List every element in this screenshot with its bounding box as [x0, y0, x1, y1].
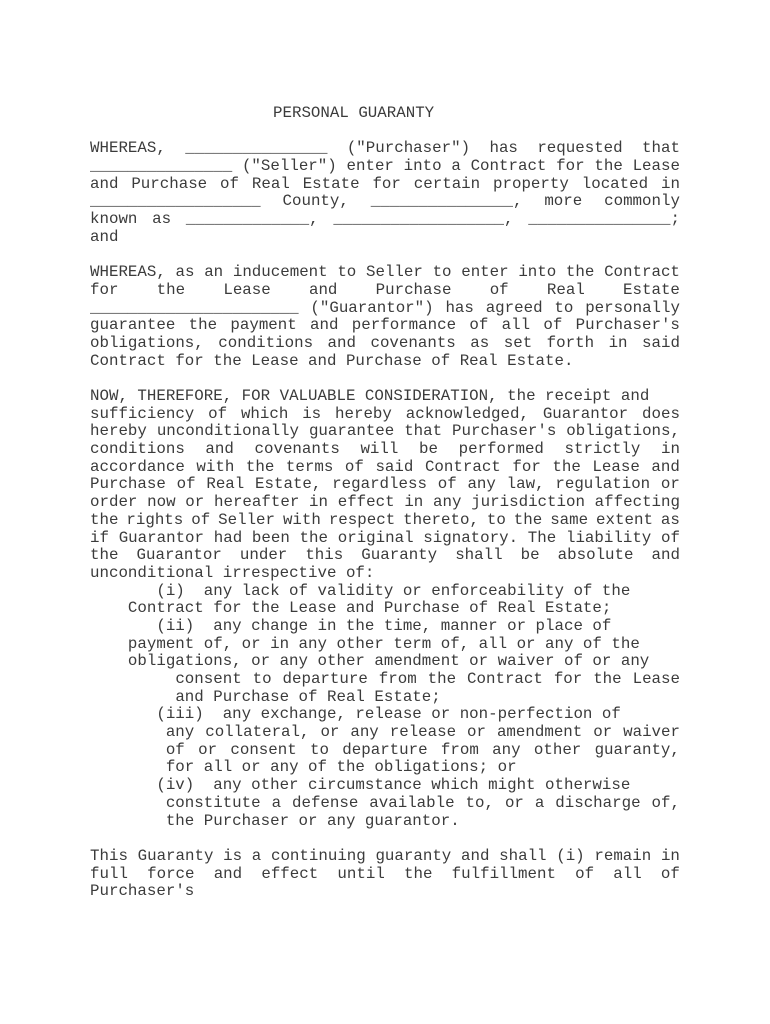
doc-word: had — [214, 530, 242, 548]
doc-word: in — [309, 494, 328, 512]
doc-word: acknowledged, — [406, 406, 529, 424]
doc-word: and — [205, 441, 233, 459]
doc-line — [90, 370, 680, 388]
document-lines: WHEREAS,_______________("Purchaser")hasr… — [90, 123, 680, 901]
doc-word: obligations, — [90, 335, 204, 353]
doc-word: The — [528, 530, 556, 548]
doc-word: performance — [352, 317, 456, 335]
doc-word: and — [328, 335, 356, 353]
document-title: PERSONAL GUARANTY — [90, 105, 680, 123]
doc-line: constituteadefenseavailableto,oradischar… — [90, 795, 680, 813]
doc-word: the — [404, 866, 432, 884]
doc-word: all — [613, 866, 641, 884]
doc-word: of — [166, 742, 185, 760]
doc-word: and — [214, 866, 242, 884]
doc-line: _______________("Seller")enterintoaContr… — [90, 158, 680, 176]
doc-word: collateral, — [205, 724, 309, 742]
doc-word: to — [337, 264, 356, 282]
doc-word: from — [441, 742, 479, 760]
doc-word: other — [534, 742, 581, 760]
doc-word: consent — [230, 742, 296, 760]
document-body: PERSONAL GUARANTY WHEREAS,______________… — [90, 105, 680, 901]
doc-word: and — [310, 317, 338, 335]
doc-word: or — [185, 494, 204, 512]
doc-word: Guarantor — [119, 530, 204, 548]
doc-word: from — [379, 671, 417, 689]
doc-word: set — [504, 335, 532, 353]
doc-word: guaranty — [375, 848, 451, 866]
doc-word: Purchase — [90, 476, 166, 494]
doc-word: which — [241, 406, 288, 424]
doc-word: that — [404, 423, 442, 441]
doc-line: ordernoworhereafterineffectinanyjurisdic… — [90, 494, 680, 512]
doc-word: Purchaser's — [576, 317, 680, 335]
doc-word: accordance — [90, 459, 185, 477]
doc-word: a — [272, 795, 281, 813]
doc-word: Seller — [218, 512, 275, 530]
doc-word: Guarantor — [137, 547, 222, 565]
doc-word: until — [337, 866, 384, 884]
doc-word: of — [543, 317, 562, 335]
doc-word: Lease — [223, 282, 270, 300]
doc-word: amendment — [497, 724, 582, 742]
doc-word: and — [651, 459, 679, 477]
doc-word: Seller — [366, 264, 423, 282]
doc-word: the — [552, 459, 580, 477]
doc-word: and — [90, 176, 118, 194]
doc-word: and — [461, 848, 489, 866]
doc-word: now — [147, 494, 175, 512]
doc-word: the — [428, 671, 456, 689]
doc-word: into — [518, 264, 556, 282]
doc-word: of — [191, 512, 210, 530]
doc-line: therightsofSellerwithrespectthereto,toth… — [90, 512, 680, 530]
doc-word: liability — [566, 530, 651, 548]
doc-line — [90, 830, 680, 848]
doc-word: Real — [206, 476, 244, 494]
doc-word: absolute — [558, 547, 634, 565]
doc-word: fulfillment — [452, 866, 556, 884]
doc-line: and — [90, 229, 680, 247]
doc-line: NOW, THEREFORE, FOR VALUABLE CONSIDERATI… — [90, 388, 680, 406]
doc-word: of — [177, 476, 196, 494]
doc-line: (iii) any exchange, release or non-perfe… — [90, 706, 680, 724]
doc-word: does — [642, 406, 680, 424]
doc-word: ("Purchaser") — [347, 140, 470, 158]
doc-word: Guarantor — [543, 406, 628, 424]
doc-word: enter — [461, 264, 508, 282]
doc-word: the — [566, 264, 594, 282]
doc-word: of — [438, 476, 457, 494]
doc-word: Estate, — [255, 476, 321, 494]
doc-word: this — [305, 547, 343, 565]
doc-word: any — [492, 742, 520, 760]
doc-word: departure — [283, 671, 368, 689]
doc-word: in — [661, 176, 680, 194]
doc-line: ThisGuarantyisacontinuingguarantyandshal… — [90, 848, 680, 866]
doc-line: and Purchase of Real Estate; — [90, 689, 680, 707]
doc-word: release — [390, 724, 456, 742]
doc-line: WHEREAS,asaninducementtoSellertoenterint… — [90, 264, 680, 282]
doc-word: has — [489, 140, 517, 158]
doc-word: said — [375, 459, 413, 477]
doc-word: full — [90, 866, 128, 884]
doc-line: theGuarantorunderthisGuarantyshallbeabso… — [90, 547, 680, 565]
doc-line: Contract for the Lease and Purchase of R… — [90, 353, 680, 371]
doc-word: for — [372, 176, 400, 194]
doc-line: consenttodeparturefromtheContractfortheL… — [90, 671, 680, 689]
doc-word: said — [642, 335, 680, 353]
doc-word: to — [554, 300, 573, 318]
doc-word: available — [369, 795, 454, 813]
doc-line: conditionsandcovenantswillbeperformedstr… — [90, 441, 680, 459]
doc-word: effect — [261, 866, 318, 884]
doc-word: conditions — [218, 335, 313, 353]
document-page: PERSONAL GUARANTY WHEREAS,______________… — [0, 0, 770, 1024]
doc-word: _____________, — [186, 211, 319, 229]
doc-word: or — [320, 724, 339, 742]
doc-word: with — [196, 459, 234, 477]
doc-word: for — [512, 459, 540, 477]
doc-word: Purchaser's — [452, 423, 556, 441]
doc-word: to — [310, 742, 329, 760]
doc-word: that — [642, 140, 680, 158]
doc-line: unconditional irrespective of: — [90, 565, 680, 583]
doc-word: WHEREAS, — [90, 264, 166, 282]
doc-line: Purchaser's — [90, 883, 680, 901]
doc-word: of — [220, 176, 239, 194]
doc-word: waiver — [623, 724, 680, 742]
doc-line — [90, 247, 680, 265]
doc-word: __________________, — [333, 211, 513, 229]
doc-word: of — [469, 317, 488, 335]
doc-word: regulation — [555, 476, 650, 494]
doc-word: _______________, — [371, 193, 523, 211]
doc-word: of, — [652, 795, 680, 813]
doc-word: in — [661, 848, 680, 866]
doc-word: personally — [585, 300, 680, 318]
doc-word: covenants — [255, 441, 340, 459]
doc-line: WHEREAS,_______________("Purchaser")hasr… — [90, 140, 680, 158]
doc-line: __________________County,_______________… — [90, 193, 680, 211]
doc-word: strictly — [565, 441, 641, 459]
doc-word: Contract — [471, 158, 547, 176]
doc-word: consent — [175, 671, 241, 689]
doc-word: of — [490, 282, 509, 300]
doc-word: affecting — [595, 494, 680, 512]
doc-word: same — [550, 512, 588, 530]
doc-word: shall — [455, 547, 502, 565]
doc-line: for all or any of the obligations; or — [90, 759, 680, 777]
doc-word: in — [609, 335, 628, 353]
doc-word: of — [575, 866, 594, 884]
doc-word: will — [360, 441, 398, 459]
doc-word: This — [90, 848, 128, 866]
doc-word: shall — [499, 848, 546, 866]
doc-word: Contract — [467, 671, 543, 689]
doc-word: or — [661, 476, 680, 494]
doc-word: is — [302, 406, 321, 424]
doc-word: in — [404, 494, 423, 512]
doc-word: Real — [547, 282, 585, 300]
doc-word: Purchase — [376, 282, 452, 300]
doc-word: original — [338, 530, 414, 548]
doc-word: any — [166, 724, 194, 742]
doc-word: _______________ — [90, 158, 232, 176]
doc-word: hereafter — [214, 494, 299, 512]
doc-word: to — [253, 671, 272, 689]
doc-word: if — [90, 530, 109, 548]
doc-word: and — [309, 282, 337, 300]
doc-word: inducement — [233, 264, 328, 282]
doc-word: Lease — [633, 671, 680, 689]
doc-line: (ii) any change in the time, manner or p… — [90, 618, 680, 636]
doc-word: _______________ — [185, 140, 327, 158]
doc-line: (i) any lack of validity or enforceabili… — [90, 583, 680, 601]
doc-word: the — [246, 459, 274, 477]
doc-word: force — [147, 866, 194, 884]
doc-word: of — [345, 459, 364, 477]
doc-word: Estate — [303, 176, 360, 194]
doc-word: more — [544, 193, 582, 211]
doc-word: Guaranty — [361, 547, 437, 565]
doc-word: Purchase — [131, 176, 207, 194]
doc-word: and — [652, 547, 680, 565]
doc-word: remain — [594, 848, 651, 866]
doc-word: terms — [286, 459, 333, 477]
doc-word: County, — [283, 193, 349, 211]
doc-word: be — [419, 441, 438, 459]
doc-word: be — [521, 547, 540, 565]
doc-line: Contract for the Lease and Purchase of R… — [90, 600, 680, 618]
doc-word: the — [90, 547, 118, 565]
doc-word: or — [593, 724, 612, 742]
doc-word: in — [661, 441, 680, 459]
doc-word: or — [467, 724, 486, 742]
doc-line: PurchaseofRealEstate,regardlessofanylaw,… — [90, 476, 680, 494]
doc-word: extent — [596, 512, 653, 530]
doc-word: order — [90, 494, 137, 512]
doc-word: as — [152, 211, 171, 229]
doc-word: located — [582, 176, 648, 194]
doc-word: been — [252, 530, 290, 548]
doc-word: _______________; — [528, 211, 680, 229]
doc-word: known — [90, 211, 137, 229]
doc-word: ______________________ — [90, 300, 299, 318]
doc-word: departure — [342, 742, 427, 760]
doc-word: the — [157, 282, 185, 300]
doc-word: defense — [292, 795, 358, 813]
doc-word: hereby — [90, 423, 147, 441]
doc-word: obligations, — [566, 423, 680, 441]
doc-word: with — [283, 512, 321, 530]
doc-word: is — [223, 848, 242, 866]
doc-line: herebyunconditionallyguaranteethatPurcha… — [90, 423, 680, 441]
doc-line: oforconsenttodeparturefromanyotherguaran… — [90, 742, 680, 760]
doc-word: for — [90, 282, 118, 300]
doc-line: obligations,conditionsandcovenantsassetf… — [90, 335, 680, 353]
doc-word: any — [467, 476, 495, 494]
doc-word: under — [240, 547, 287, 565]
doc-word: effect — [338, 494, 395, 512]
doc-word: Lease — [633, 158, 680, 176]
doc-line: ______________________("Guarantor")hasag… — [90, 300, 680, 318]
doc-word: continuing — [271, 848, 366, 866]
doc-word: forth — [547, 335, 594, 353]
doc-word: (i) — [556, 848, 584, 866]
doc-line: andPurchaseofRealEstateforcertainpropert… — [90, 176, 680, 194]
doc-line: obligations, or any other amendment or w… — [90, 653, 680, 671]
doc-line: fortheLeaseandPurchaseofRealEstate — [90, 282, 680, 300]
doc-word: or — [198, 742, 217, 760]
doc-line: ifGuarantorhadbeentheoriginalsignatory.T… — [90, 530, 680, 548]
doc-word: ("Seller") — [242, 158, 337, 176]
doc-word: of — [661, 530, 680, 548]
doc-word: constitute — [166, 795, 261, 813]
doc-word: thereto, — [403, 512, 479, 530]
doc-word: the — [514, 512, 542, 530]
doc-word: ("Guarantor") — [310, 300, 433, 318]
doc-word: the — [90, 512, 118, 530]
doc-word: has — [445, 300, 473, 318]
doc-word: Real — [252, 176, 290, 194]
doc-word: of — [661, 866, 680, 884]
doc-word: Contract — [425, 459, 501, 477]
doc-word: the — [189, 317, 217, 335]
doc-line — [90, 123, 680, 141]
doc-line: the Purchaser or any guarantor. — [90, 813, 680, 831]
doc-word: guarantee — [90, 317, 175, 335]
doc-line: fullforceandeffectuntilthefulfillmentofa… — [90, 866, 680, 884]
doc-word: an — [204, 264, 223, 282]
doc-line: sufficiencyofwhichisherebyacknowledged,G… — [90, 406, 680, 424]
doc-word: hereby — [335, 406, 392, 424]
doc-word: jurisdiction — [471, 494, 585, 512]
doc-word: or — [505, 795, 524, 813]
doc-word: WHEREAS, — [90, 140, 166, 158]
doc-word: commonly — [604, 193, 680, 211]
doc-word: a — [535, 795, 544, 813]
doc-word: the — [594, 158, 622, 176]
doc-word: covenants — [370, 335, 455, 353]
doc-word: sufficiency — [90, 406, 194, 424]
doc-word: Lease — [592, 459, 639, 477]
doc-word: guaranty, — [595, 742, 680, 760]
doc-line: (iv) any other circumstance which might … — [90, 777, 680, 795]
doc-word: any — [350, 724, 378, 742]
doc-word: into — [404, 158, 442, 176]
doc-word: a — [451, 158, 460, 176]
doc-word: Contract — [604, 264, 680, 282]
doc-line: guaranteethepaymentandperformanceofallof… — [90, 317, 680, 335]
doc-word: respect — [329, 512, 395, 530]
doc-word: __________________ — [90, 193, 261, 211]
doc-word: discharge — [555, 795, 640, 813]
doc-word: as — [661, 512, 680, 530]
doc-word: guarantee — [309, 423, 394, 441]
doc-word: enter — [347, 158, 394, 176]
doc-word: the — [593, 671, 621, 689]
doc-word: of — [208, 406, 227, 424]
doc-word: conditions — [90, 441, 185, 459]
doc-line: knownas_____________,__________________,… — [90, 211, 680, 229]
doc-word: Estate — [623, 282, 680, 300]
doc-word: for — [556, 158, 584, 176]
doc-word: any — [433, 494, 461, 512]
doc-word: regardless — [332, 476, 427, 494]
doc-line: payment of, or in any other term of, all… — [90, 636, 680, 654]
doc-word: the — [300, 530, 328, 548]
doc-word: Guaranty — [138, 848, 214, 866]
doc-word: to — [433, 264, 452, 282]
doc-word: for — [554, 671, 582, 689]
doc-word: a — [252, 848, 261, 866]
doc-word: property — [493, 176, 569, 194]
doc-word: unconditionally — [157, 423, 299, 441]
doc-word: law, — [507, 476, 545, 494]
doc-word: as — [176, 264, 195, 282]
doc-word: to — [487, 512, 506, 530]
doc-word: payment — [230, 317, 296, 335]
doc-line: anycollateral,oranyreleaseoramendmentorw… — [90, 724, 680, 742]
doc-word: requested — [537, 140, 622, 158]
doc-word: all — [502, 317, 530, 335]
doc-word: as — [470, 335, 489, 353]
doc-word: certain — [414, 176, 480, 194]
doc-word: performed — [459, 441, 544, 459]
doc-word: agreed — [486, 300, 543, 318]
doc-word: rights — [126, 512, 183, 530]
doc-word: signatory. — [423, 530, 518, 548]
doc-word: to, — [466, 795, 494, 813]
doc-line: accordancewiththetermsofsaidContractfort… — [90, 459, 680, 477]
